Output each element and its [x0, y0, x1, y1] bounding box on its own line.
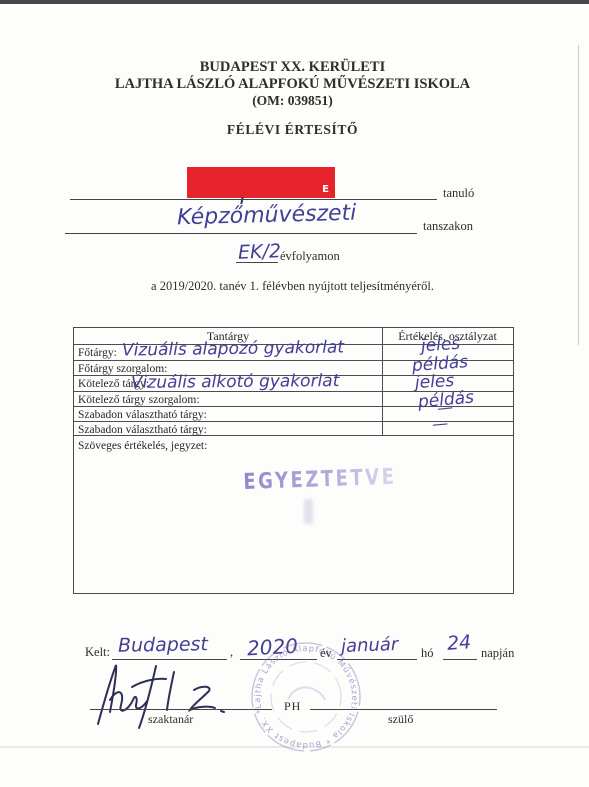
student-name-redaction-box: E: [187, 167, 335, 198]
table-notes-row: Szöveges értékelés, jegyzet:: [74, 436, 513, 593]
department-label: tanszakon: [423, 219, 473, 234]
student-name-line: [70, 199, 437, 200]
parent-label: szülő: [388, 712, 413, 727]
school-name-line1: BUDAPEST XX. KERÜLETI: [0, 59, 585, 76]
egyeztetve-stamp: EGYEZTETVE: [243, 465, 397, 495]
teacher-label: szaktanár: [148, 712, 193, 727]
term-sentence: a 2019/2020. tanév 1. félévben nyújtott …: [0, 279, 585, 294]
grade-year-handwriting: EK/2: [238, 240, 282, 263]
napjan-label: napján: [481, 646, 514, 661]
grade6-dash-handwriting: —: [431, 413, 449, 433]
parent-signature-line: [310, 709, 497, 710]
school-name-line2: LAJTHA LÁSZLÓ ALAPFOKÚ MŰVÉSZETI ISKOLA: [0, 76, 585, 93]
day-line: [443, 659, 477, 660]
stamp-smudge: [304, 499, 313, 524]
ho-label: hó: [421, 646, 434, 661]
grade-year-line: [236, 262, 278, 263]
subject2-handwriting: Vizuális alkotó gyakorlat: [131, 371, 340, 393]
school-om-number: (OM: 039851): [0, 93, 585, 109]
city-handwriting: Budapest: [118, 633, 208, 657]
kelt-label: Kelt:: [85, 645, 110, 660]
teacher-signature-line: [90, 709, 272, 710]
grade-year-label: évfolyamon: [280, 249, 340, 264]
document-title: FÉLÉVI ÉRTESÍTŐ: [0, 122, 585, 138]
redaction-visible-letter: E: [322, 184, 329, 195]
scan-top-bar: [0, 0, 589, 4]
subject1-handwriting: Vizuális alapozó gyakorlat: [122, 337, 344, 360]
table-column-divider: [382, 328, 383, 436]
student-label: tanuló: [443, 186, 474, 201]
report-card-page: BUDAPEST XX. KERÜLETI LAJTHA LÁSZLÓ ALAP…: [0, 0, 589, 787]
ph-label: PH: [284, 699, 301, 714]
day-handwriting: 24: [446, 631, 472, 655]
department-handwriting: Képzőművészeti: [177, 201, 357, 231]
department-line: [65, 233, 417, 234]
notes-label: Szöveges értékelés, jegyzet:: [74, 436, 513, 453]
